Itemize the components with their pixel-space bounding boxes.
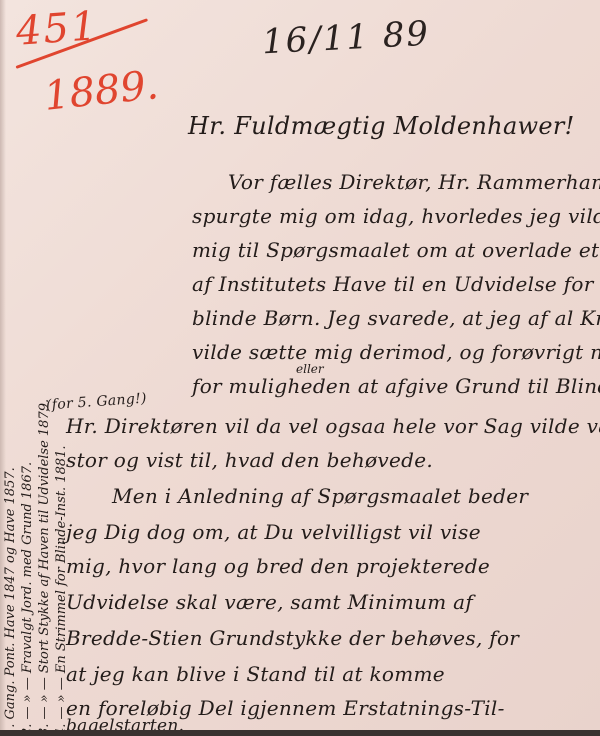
archive-number: 451 xyxy=(14,3,99,55)
vertical-margin-notes: 1. Gang. Pont. Have 1847 og Have 1857. 2… xyxy=(2,399,70,736)
archive-year: 1889. xyxy=(42,62,161,120)
body-line: af Institutets Have til en Udvidelse for… xyxy=(192,272,600,296)
body-line: blinde Børn. Jeg svarede, at jeg af al K… xyxy=(192,306,600,330)
body-line: Udvidelse skal være, samt Minimum af xyxy=(66,590,473,614)
body-line: Bredde-Stien Grundstykke der behøves, fo… xyxy=(66,626,519,650)
body-line: Men i Anledning af Spørgsmaalet beder xyxy=(112,484,528,508)
body-line: Vor fælles Direktør, Hr. Rammerhamm xyxy=(228,170,600,194)
salutation: Hr. Fuldmægtig Moldenhawer! xyxy=(188,112,575,140)
body-line: stor og vist til, hvad den behøvede. xyxy=(66,448,433,472)
body-line: for muligheden at afgive Grund til Blind… xyxy=(192,374,600,398)
body-line: Hr. Direktøren vil da vel ogsaa hele vor… xyxy=(66,414,600,438)
body-line: spurgte mig om idag, hvorledes jeg vilde… xyxy=(192,204,600,228)
body-line-text: Udvidelse skal være, samt Minimum af xyxy=(66,590,473,614)
margin-note-item: 1. Gang. Pont. Have 1847 og Have 1857. xyxy=(2,399,19,736)
body-line: vilde sætte mig derimod, og forøvrigt næ… xyxy=(192,340,600,364)
body-line: mig til Spørgsmaalet om at overlade et S… xyxy=(192,238,600,262)
letter-page: 451 1889. 16/11 89 Hr. Fuldmægtig Molden… xyxy=(0,0,600,736)
letter-date: 16/11 89 xyxy=(261,14,431,63)
margin-note-item: 2. — » — Fravalgt Jord. med Grund 1867. xyxy=(19,399,36,736)
body-line: mig, hvor lang og bred den projekterede xyxy=(66,554,490,578)
page-bottom-edge xyxy=(0,730,600,736)
body-line: jeg Dig dog om, at Du velvilligst vil vi… xyxy=(66,520,481,544)
archive-mark: 451 1889. xyxy=(6,2,156,120)
margin-note-item: 3. — » — Stort Stykke af Haven til Udvid… xyxy=(36,399,53,736)
margin-note-item: 4. — » — En Strimmel for Blinde-Inst. 18… xyxy=(53,399,70,736)
body-line: at jeg kan blive i Stand til at komme xyxy=(66,662,445,686)
